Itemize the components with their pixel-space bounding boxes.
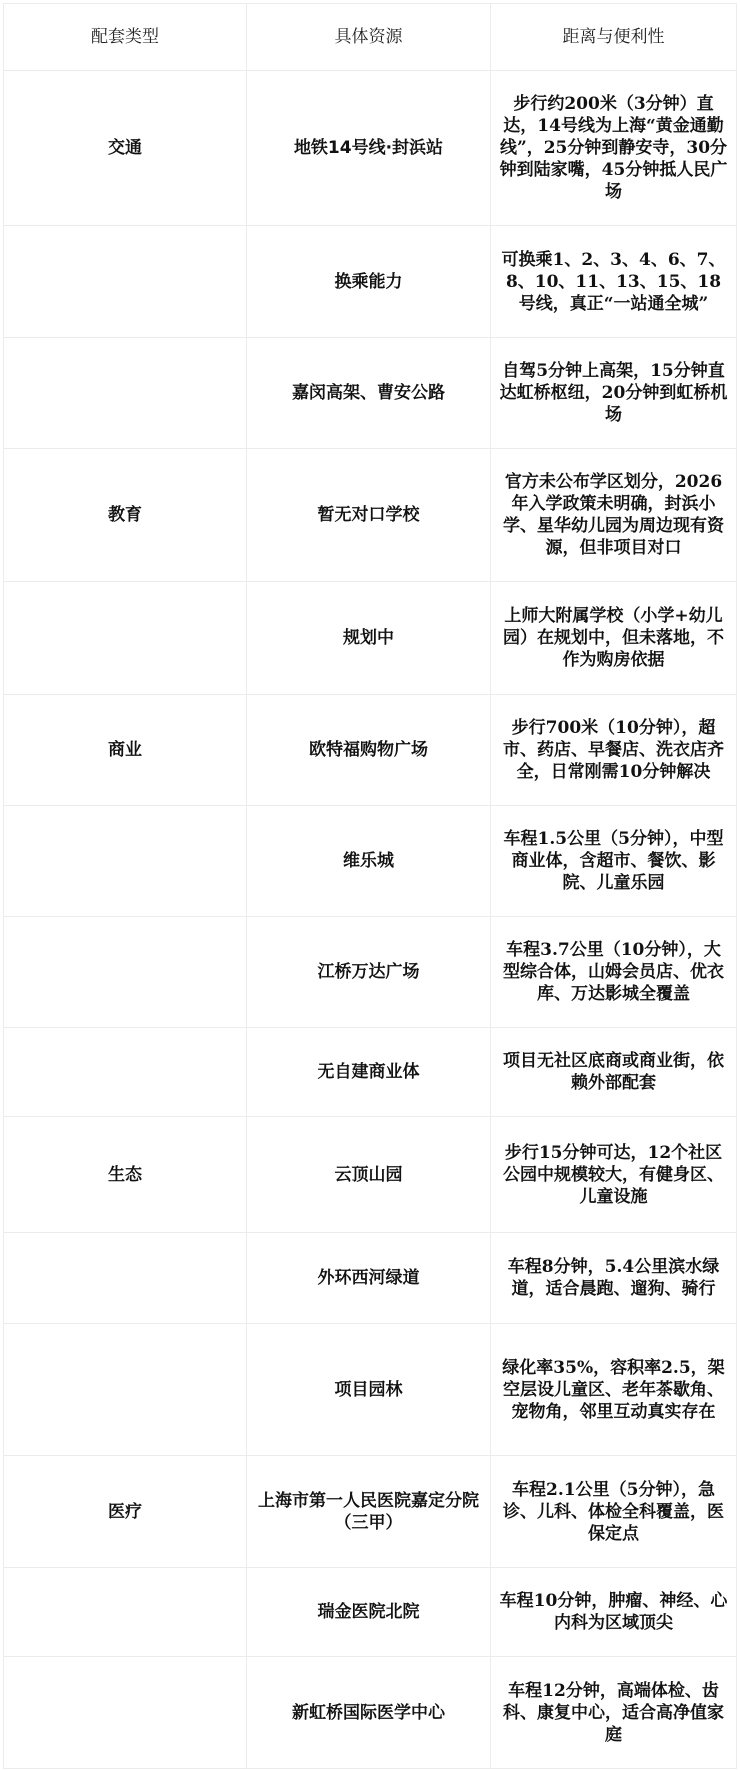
table-row: 瑞金医院北院车程10分钟，肿瘤、神经、心内科为区域顶尖 — [4, 1568, 737, 1657]
amenities-table: 配套类型 具体资源 距离与便利性 交通地铁14号线·封浜站步行约200米（3分钟… — [3, 3, 737, 1769]
amenity-type-cell — [4, 582, 247, 695]
distance-detail-cell: 车程10分钟，肿瘤、神经、心内科为区域顶尖 — [491, 1568, 737, 1657]
resource-cell: 无自建商业体 — [247, 1028, 491, 1117]
amenity-type-cell — [4, 1657, 247, 1769]
resource-cell: 嘉闵高架、曹安公路 — [247, 338, 491, 449]
table-row: 交通地铁14号线·封浜站步行约200米（3分钟）直达，14号线为上海“黄金通勤线… — [4, 71, 737, 226]
distance-detail-cell: 步行15分钟可达，12个社区公园中规模较大，有健身区、儿童设施 — [491, 1117, 737, 1233]
table-row: 医疗上海市第一人民医院嘉定分院（三甲）车程2.1公里（5分钟），急诊、儿科、体检… — [4, 1456, 737, 1568]
resource-cell: 新虹桥国际医学中心 — [247, 1657, 491, 1769]
resource-cell: 瑞金医院北院 — [247, 1568, 491, 1657]
table-row: 教育暂无对口学校官方未公布学区划分，2026年入学政策未明确，封浜小学、星华幼儿… — [4, 449, 737, 582]
distance-detail-cell: 可换乘1、2、3、4、6、7、8、10、11、13、15、18号线，真正“一站通… — [491, 226, 737, 338]
distance-detail-cell: 上师大附属学校（小学+幼儿园）在规划中，但未落地，不作为购房依据 — [491, 582, 737, 695]
amenity-type-cell: 医疗 — [4, 1456, 247, 1568]
distance-detail-cell: 步行700米（10分钟），超市、药店、早餐店、洗衣店齐全，日常刚需10分钟解决 — [491, 695, 737, 806]
table-row: 规划中上师大附属学校（小学+幼儿园）在规划中，但未落地，不作为购房依据 — [4, 582, 737, 695]
resource-cell: 项目园林 — [247, 1324, 491, 1456]
distance-detail-cell: 车程8分钟，5.4公里滨水绿道，适合晨跑、遛狗、骑行 — [491, 1233, 737, 1324]
header-resource: 具体资源 — [247, 4, 491, 71]
table-row: 生态云顶山园步行15分钟可达，12个社区公园中规模较大，有健身区、儿童设施 — [4, 1117, 737, 1233]
header-amenity-type: 配套类型 — [4, 4, 247, 71]
amenity-type-cell — [4, 226, 247, 338]
header-distance-convenience: 距离与便利性 — [491, 4, 737, 71]
resource-cell: 规划中 — [247, 582, 491, 695]
amenity-type-cell — [4, 1324, 247, 1456]
amenity-type-cell — [4, 806, 247, 917]
distance-detail-cell: 自驾5分钟上高架，15分钟直达虹桥枢纽，20分钟到虹桥机场 — [491, 338, 737, 449]
table-row: 外环西河绿道车程8分钟，5.4公里滨水绿道，适合晨跑、遛狗、骑行 — [4, 1233, 737, 1324]
table-row: 换乘能力可换乘1、2、3、4、6、7、8、10、11、13、15、18号线，真正… — [4, 226, 737, 338]
distance-detail-cell: 绿化率35%，容积率2.5，架空层设儿童区、老年茶歇角、宠物角，邻里互动真实存在 — [491, 1324, 737, 1456]
table-header-row: 配套类型 具体资源 距离与便利性 — [4, 4, 737, 71]
amenity-type-cell: 教育 — [4, 449, 247, 582]
amenity-type-cell: 生态 — [4, 1117, 247, 1233]
resource-cell: 欧特福购物广场 — [247, 695, 491, 806]
amenity-type-cell: 交通 — [4, 71, 247, 226]
amenity-type-cell — [4, 1568, 247, 1657]
resource-cell: 上海市第一人民医院嘉定分院（三甲） — [247, 1456, 491, 1568]
table-row: 无自建商业体项目无社区底商或商业街，依赖外部配套 — [4, 1028, 737, 1117]
resource-cell: 维乐城 — [247, 806, 491, 917]
table-row: 项目园林绿化率35%，容积率2.5，架空层设儿童区、老年茶歇角、宠物角，邻里互动… — [4, 1324, 737, 1456]
table-row: 商业欧特福购物广场步行700米（10分钟），超市、药店、早餐店、洗衣店齐全，日常… — [4, 695, 737, 806]
resource-cell: 外环西河绿道 — [247, 1233, 491, 1324]
table-row: 新虹桥国际医学中心车程12分钟，高端体检、齿科、康复中心，适合高净值家庭 — [4, 1657, 737, 1769]
amenity-type-cell — [4, 917, 247, 1028]
distance-detail-cell: 项目无社区底商或商业街，依赖外部配套 — [491, 1028, 737, 1117]
amenity-type-cell — [4, 1028, 247, 1117]
resource-cell: 暂无对口学校 — [247, 449, 491, 582]
distance-detail-cell: 车程2.1公里（5分钟），急诊、儿科、体检全科覆盖，医保定点 — [491, 1456, 737, 1568]
resource-cell: 换乘能力 — [247, 226, 491, 338]
distance-detail-cell: 车程12分钟，高端体检、齿科、康复中心，适合高净值家庭 — [491, 1657, 737, 1769]
distance-detail-cell: 步行约200米（3分钟）直达，14号线为上海“黄金通勤线”，25分钟到静安寺，3… — [491, 71, 737, 226]
resource-cell: 地铁14号线·封浜站 — [247, 71, 491, 226]
distance-detail-cell: 官方未公布学区划分，2026年入学政策未明确，封浜小学、星华幼儿园为周边现有资源… — [491, 449, 737, 582]
table-row: 维乐城车程1.5公里（5分钟），中型商业体，含超市、餐饮、影院、儿童乐园 — [4, 806, 737, 917]
amenity-type-cell — [4, 338, 247, 449]
resource-cell: 云顶山园 — [247, 1117, 491, 1233]
table-row: 江桥万达广场车程3.7公里（10分钟），大型综合体，山姆会员店、优衣库、万达影城… — [4, 917, 737, 1028]
resource-cell: 江桥万达广场 — [247, 917, 491, 1028]
distance-detail-cell: 车程1.5公里（5分钟），中型商业体，含超市、餐饮、影院、儿童乐园 — [491, 806, 737, 917]
table-row: 嘉闵高架、曹安公路自驾5分钟上高架，15分钟直达虹桥枢纽，20分钟到虹桥机场 — [4, 338, 737, 449]
amenity-type-cell — [4, 1233, 247, 1324]
distance-detail-cell: 车程3.7公里（10分钟），大型综合体，山姆会员店、优衣库、万达影城全覆盖 — [491, 917, 737, 1028]
amenity-type-cell: 商业 — [4, 695, 247, 806]
